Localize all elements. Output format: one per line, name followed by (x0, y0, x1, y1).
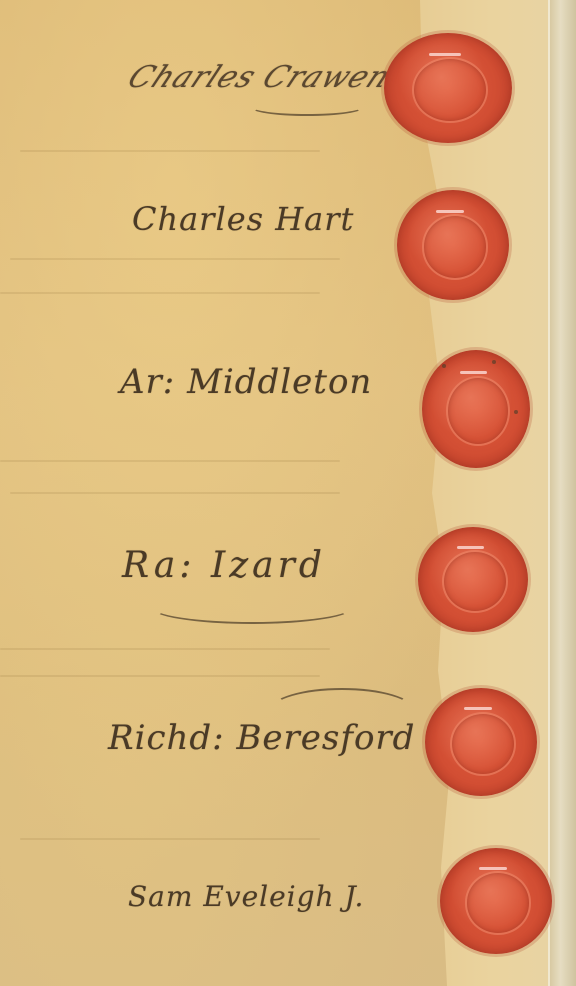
faded-text-line (0, 460, 340, 462)
faded-text-line (0, 292, 320, 294)
document-photo: Charles Crawen Charles Hart Ar: Middleto… (0, 0, 576, 986)
wax-seal-3 (422, 350, 530, 468)
signature-flourish (270, 688, 414, 732)
faded-text-line (20, 150, 320, 152)
faded-text-line (10, 492, 340, 494)
wax-seal-4 (418, 527, 528, 632)
faded-text-line (10, 258, 340, 260)
faded-text-line (0, 648, 330, 650)
faded-text-line (0, 675, 320, 677)
faded-text-line (20, 838, 320, 840)
wax-seal-6 (440, 848, 552, 954)
signature-6: Sam Eveleigh J. (128, 880, 364, 913)
signature-flourish (150, 590, 354, 624)
signature-4: Ra: Izard (122, 545, 326, 586)
signature-2: Charles Hart (132, 200, 354, 238)
wax-seal-5 (425, 688, 537, 796)
signature-3: Ar: Middleton (120, 362, 372, 402)
page-edge (548, 0, 576, 986)
wax-seal-1 (384, 33, 512, 143)
wax-seal-2 (397, 190, 509, 300)
seal-paper-strip (402, 0, 552, 986)
signature-1: Charles Crawen (122, 60, 397, 95)
signature-flourish (250, 98, 364, 116)
